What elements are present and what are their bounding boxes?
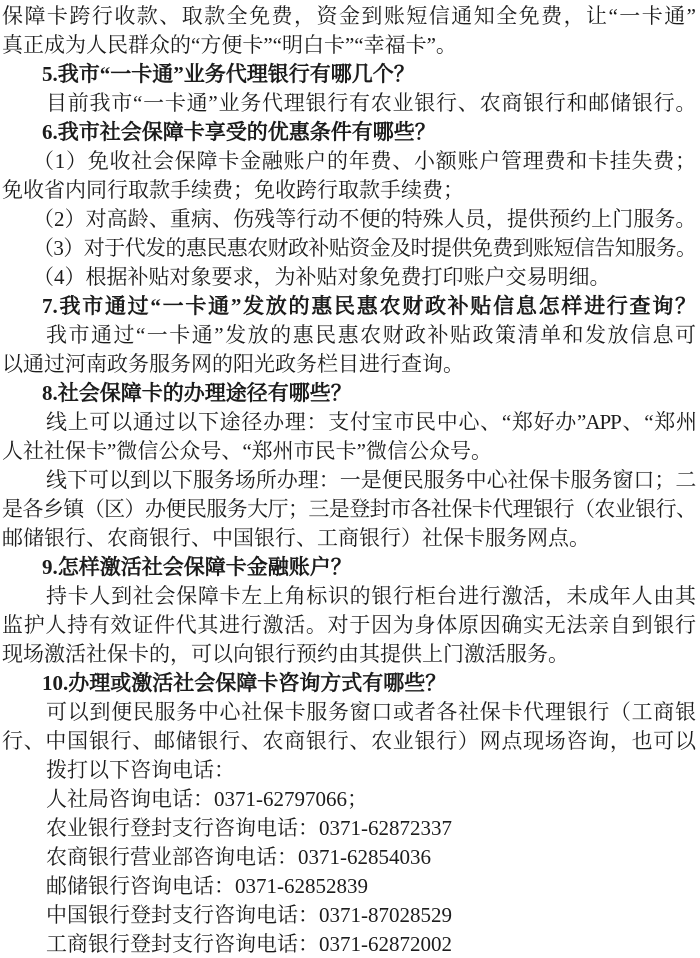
text-line: 中国银行登封支行咨询电话：0371-87028529 [2, 901, 696, 930]
text-line: 线上可以通过以下途径办理：支付宝市民中心、“郑好办”APP、“郑州 [2, 408, 696, 437]
text-line: 工商银行登封支行咨询电话：0371-62872002 [2, 930, 696, 958]
text-line: 免收省内同行取款手续费；免收跨行取款手续费； [2, 176, 696, 205]
question-heading: 8.社会保障卡的办理途径有哪些？ [2, 379, 696, 408]
text-line: 线下可以到以下服务场所办理：一是便民服务中心社保卡服务窗口；二 [2, 466, 696, 495]
text-line: 拨打以下咨询电话： [2, 756, 696, 785]
text-line: 以通过河南政务服务网的阳光政务栏目进行查询。 [2, 350, 696, 379]
text-line: 真正成为人民群众的“方便卡”“明白卡”“幸福卡”。 [2, 31, 696, 60]
text-line: 监护人持有效证件代其进行激活。对于因为身体原因确实无法亲自到银行 [2, 611, 696, 640]
text-line: 人社局咨询电话：0371-62797066； [2, 785, 696, 814]
text-line: 我市通过“一卡通”发放的惠民惠农财政补贴政策清单和发放信息可 [2, 321, 696, 350]
text-line: 邮储银行咨询电话：0371-62852839 [2, 872, 696, 901]
question-heading: 7.我市通过“一卡通”发放的惠民惠农财政补贴信息怎样进行查询？ [2, 292, 696, 321]
text-line: （1）免收社会保障卡金融账户的年费、小额账户管理费和卡挂失费； [2, 147, 696, 176]
question-heading: 9.怎样激活社会保障卡金融账户？ [2, 553, 696, 582]
text-line: （2）对高龄、重病、伤残等行动不便的特殊人员，提供预约上门服务。 [2, 205, 696, 234]
text-line: 人社社保卡”微信公众号、“郑州市民卡”微信公众号。 [2, 437, 696, 466]
document-page: 保障卡跨行收款、取款全免费，资金到账短信通知全免费，让“一卡通”真正成为人民群众… [0, 0, 700, 958]
text-line: 农商银行营业部咨询电话：0371-62854036 [2, 843, 696, 872]
text-line: 是各乡镇（区）办便民服务大厅；三是登封市各社保卡代理银行（农业银行、 [2, 495, 696, 524]
text-line: 目前我市“一卡通”业务代理银行有农业银行、农商银行和邮储银行。 [2, 89, 696, 118]
text-line: 邮储银行、农商银行、中国银行、工商银行）社保卡服务网点。 [2, 524, 696, 553]
text-line: 现场激活社保卡的，可以向银行预约由其提供上门激活服务。 [2, 640, 696, 669]
text-line: （3）对于代发的惠民惠农财政补贴资金及时提供免费到账短信告知服务。 [2, 234, 696, 263]
question-heading: 6.我市社会保障卡享受的优惠条件有哪些？ [2, 118, 696, 147]
text-line: （4）根据补贴对象要求，为补贴对象免费打印账户交易明细。 [2, 263, 696, 292]
text-line: 保障卡跨行收款、取款全免费，资金到账短信通知全免费，让“一卡通” [2, 2, 696, 31]
text-line: 农业银行登封支行咨询电话：0371-62872337 [2, 814, 696, 843]
text-line: 持卡人到社会保障卡左上角标识的银行柜台进行激活，未成年人由其 [2, 582, 696, 611]
question-heading: 10.办理或激活社会保障卡咨询方式有哪些？ [2, 669, 696, 698]
text-line: 行、中国银行、邮储银行、农商银行、农业银行）网点现场咨询，也可以 [2, 727, 696, 756]
question-heading: 5.我市“一卡通”业务代理银行有哪几个？ [2, 60, 696, 89]
text-line: 可以到便民服务中心社保卡服务窗口或者各社保卡代理银行（工商银 [2, 698, 696, 727]
